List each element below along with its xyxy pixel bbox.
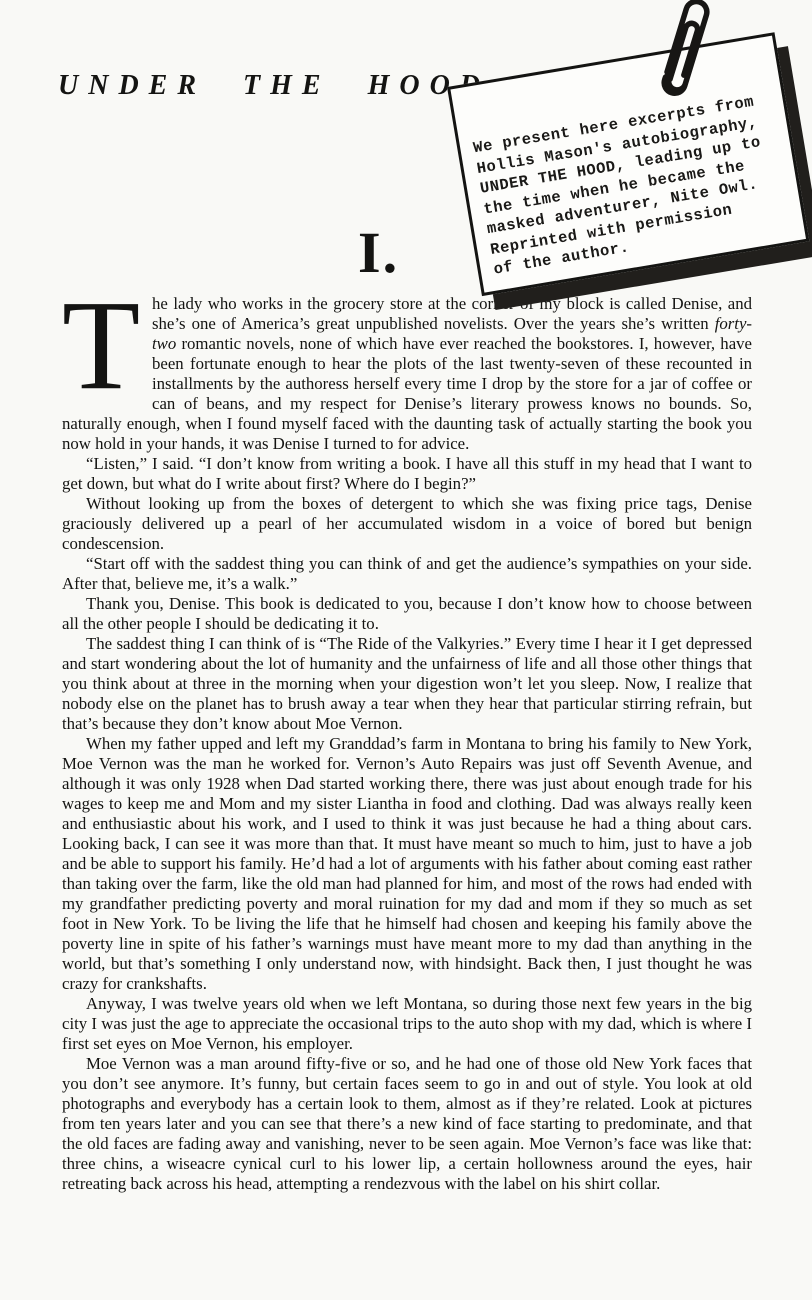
paragraph: Anyway, I was twelve years old when we l…	[62, 994, 752, 1054]
text-run: “Start off with the saddest thing you ca…	[62, 554, 752, 593]
paragraph: “Listen,” I said. “I don’t know from wri…	[62, 454, 752, 494]
text-run: The saddest thing I can think of is “The…	[62, 634, 752, 733]
paragraph: Moe Vernon was a man around fifty-five o…	[62, 1054, 752, 1194]
page-title: UNDER THE HOOD	[58, 70, 490, 102]
paragraph: When my father upped and left my Grandda…	[62, 734, 752, 994]
page-background: UNDER THE HOOD I. We present here excerp…	[0, 0, 812, 1300]
paragraph: “Start off with the saddest thing you ca…	[62, 554, 752, 594]
paragraph: Without looking up from the boxes of det…	[62, 494, 752, 554]
drop-cap: T	[62, 294, 152, 398]
paragraph: Thank you, Denise. This book is dedicate…	[62, 594, 752, 634]
text-run: Without looking up from the boxes of det…	[62, 494, 752, 553]
book-page: { "page": { "title": "UNDER THE HOOD", "…	[0, 0, 812, 1300]
editor-note-card: We present here excerpts fromHollis Maso…	[447, 32, 809, 296]
paragraph: The saddest thing I can think of is “The…	[62, 634, 752, 734]
text-run: Moe Vernon was a man around fifty-five o…	[62, 1054, 752, 1193]
text-run: Thank you, Denise. This book is dedicate…	[62, 594, 752, 633]
chapter-numeral: I.	[358, 224, 399, 282]
text-run: Anyway, I was twelve years old when we l…	[62, 994, 752, 1053]
text-run: When my father upped and left my Grandda…	[62, 734, 752, 993]
editor-note-text: We present here excerpts fromHollis Maso…	[472, 88, 800, 281]
text-run: “Listen,” I said. “I don’t know from wri…	[62, 454, 752, 493]
article-body: The lady who works in the grocery store …	[62, 294, 752, 1194]
text-run: he lady who works in the grocery store a…	[152, 294, 752, 333]
paragraph: The lady who works in the grocery store …	[62, 294, 752, 454]
